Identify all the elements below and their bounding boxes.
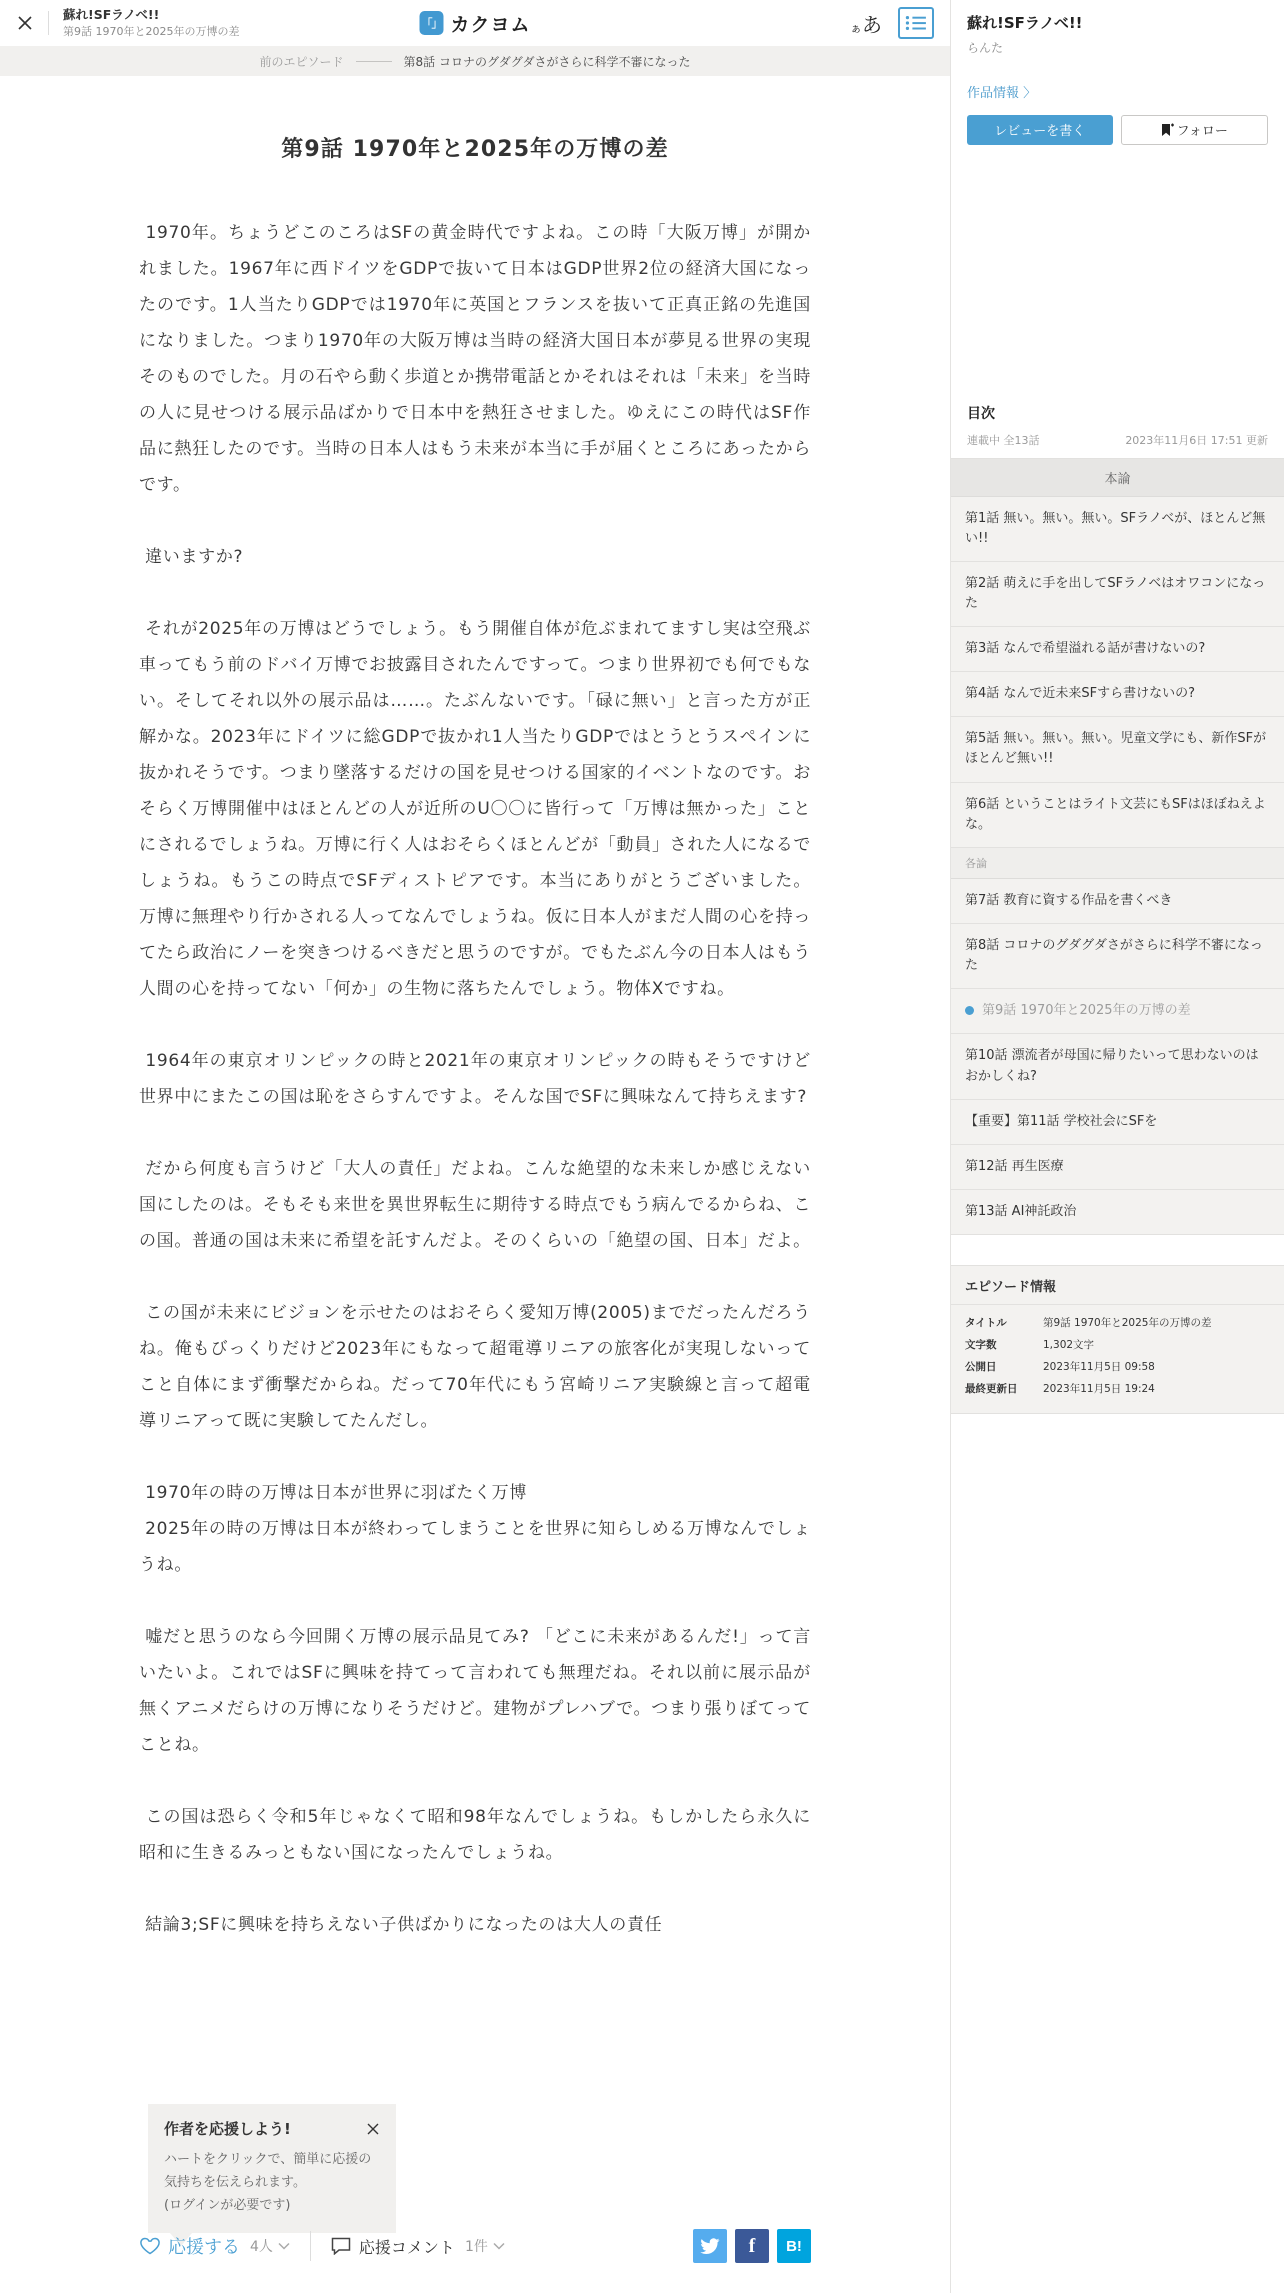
paragraph: 違いますか?	[139, 539, 811, 575]
cheer-comment-label: 応援コメント	[359, 2235, 455, 2258]
paragraph: 結論3;SFに興味を持ちえない子供ばかりになったのは大人の責任	[139, 1907, 811, 1943]
facebook-f-icon: f	[749, 2235, 756, 2258]
list-icon	[904, 14, 928, 32]
episode-info-row: 最終更新日2023年11月5日 19:24	[951, 1379, 1284, 1401]
cheer-label: 応援する	[168, 2233, 240, 2259]
top-header: 蘇れ!SFラノベ!! 第9話 1970年と2025年の万博の差 「」 カクヨム …	[0, 0, 950, 46]
episode-footer-bar: 応援する 4人 応援コメント 1件 f	[139, 2224, 811, 2268]
toc-header: 目次 連載中 全13話 2023年11月6日 17:51 更新	[951, 403, 1284, 448]
toc-item-label: 第4話 なんで近未来SFすら書けないの?	[965, 686, 1195, 701]
cheer-button[interactable]: 応援する	[139, 2233, 240, 2259]
toc-item-label: 第6話 ということはライト文芸にもSFはほぼねえよな。	[965, 797, 1266, 832]
close-button[interactable]	[16, 14, 34, 32]
toc-item-label: 第3話 なんで希望溢れる話が書けないの?	[965, 641, 1205, 656]
episode-info-value: 2023年11月5日 19:24	[1043, 1381, 1270, 1399]
toc-item[interactable]: 第2話 萌えに手を出してSFラノベはオワコンになった	[951, 562, 1284, 627]
reader-page: 蘇れ!SFラノベ!! 第9話 1970年と2025年の万博の差 「」 カクヨム …	[0, 0, 1284, 2293]
close-icon	[16, 14, 34, 32]
toc-item[interactable]: 第3話 なんで希望溢れる話が書けないの?	[951, 627, 1284, 672]
episode-info-rows: タイトル第9話 1970年と2025年の万博の差文字数1,302文字公開日202…	[951, 1313, 1284, 1400]
episode-info-value: 2023年11月5日 09:58	[1043, 1359, 1270, 1377]
support-tooltip: 作者を応援しよう! ハートをクリックで、簡単に応援の気持ちを伝えられます。 (ロ…	[148, 2104, 396, 2233]
kakuyomu-logo[interactable]: 「」 カクヨム	[419, 10, 530, 37]
sidebar-author[interactable]: らんた	[967, 39, 1268, 56]
episode-info-value: 第9話 1970年と2025年の万博の差	[1043, 1315, 1270, 1333]
write-review-button[interactable]: レビューを書く	[967, 115, 1113, 145]
header-work-title: 蘇れ!SFラノベ!!	[63, 7, 239, 22]
toc-list: 本論第1話 無い。無い。無い。SFラノベが、ほとんど無い!!第2話 萌えに手を出…	[951, 458, 1284, 1236]
current-episode-dot	[965, 1006, 974, 1015]
episode-info-panel: エピソード情報 タイトル第9話 1970年と2025年の万博の差文字数1,302…	[951, 1265, 1284, 1413]
toc-item[interactable]: 第4話 なんで近未来SFすら書けないの?	[951, 672, 1284, 717]
episode-info-label: 公開日	[965, 1359, 1043, 1377]
follow-button-label: フォロー	[1177, 120, 1228, 139]
toc-item[interactable]: 第1話 無い。無い。無い。SFラノベが、ほとんど無い!!	[951, 497, 1284, 562]
toc-serial-status: 連載中 全13話	[967, 432, 1040, 448]
episode-info-row: タイトル第9話 1970年と2025年の万博の差	[951, 1313, 1284, 1335]
header-divider	[48, 11, 49, 35]
paragraph: この国は恐らく令和5年じゃなくて昭和98年なんでしょうね。もしかしたら永久に昭和…	[139, 1799, 811, 1871]
toc-item-label: 【重要】第11話 学校社会にSFを	[965, 1114, 1157, 1129]
toc-item-label: 第1話 無い。無い。無い。SFラノベが、ほとんど無い!!	[965, 511, 1265, 546]
sidebar-work-header: 蘇れ!SFラノベ!! らんた 作品情報 〉 レビューを書く フォロー	[951, 0, 1284, 145]
paragraph: だから何度も言うけど「大人の責任」だよね。こんな絶望的な未来しか感じえない国にし…	[139, 1151, 811, 1259]
facebook-share-button[interactable]: f	[735, 2229, 769, 2263]
toc-section-label: 各論	[951, 848, 1284, 879]
toc-item[interactable]: 第8話 コロナのグダグダさがさらに科学不審になった	[951, 924, 1284, 989]
reader-main-pane: 蘇れ!SFラノベ!! 第9話 1970年と2025年の万博の差 「」 カクヨム …	[0, 0, 950, 2293]
toc-item[interactable]: 【重要】第11話 学校社会にSFを	[951, 1100, 1284, 1145]
episode-info-label: 文字数	[965, 1337, 1043, 1355]
toc-item-label: 第8話 コロナのグダグダさがさらに科学不審になった	[965, 938, 1263, 973]
font-small-glyph: ぁ	[850, 19, 862, 36]
paragraph: 1970年の時の万博は日本が世界に羽ばたく万博 2025年の時の万博は日本が終わ…	[139, 1475, 811, 1583]
hatena-bookmark-button[interactable]: B!	[777, 2229, 811, 2263]
toc-item-label: 第12話 再生医療	[965, 1159, 1064, 1174]
toc-item[interactable]: 第7話 教育に資する作品を書くべき	[951, 879, 1284, 924]
episode-info-row: 公開日2023年11月5日 09:58	[951, 1357, 1284, 1379]
support-tooltip-title: 作者を応援しよう!	[164, 2118, 291, 2139]
share-buttons: f B!	[693, 2229, 811, 2263]
episode-info-row: 文字数1,302文字	[951, 1335, 1284, 1357]
chevron-down-icon[interactable]	[493, 2242, 505, 2250]
paragraph: それが2025年の万博はどうでしょう。もう開催自体が危ぶまれてますし実は空飛ぶ車…	[139, 611, 811, 1007]
tooltip-close-button[interactable]	[366, 2122, 380, 2136]
toc-item[interactable]: 第5話 無い。無い。無い。児童文学にも、新作SFがほとんど無い!!	[951, 717, 1284, 782]
follow-button[interactable]: フォロー	[1121, 115, 1269, 145]
toc-item-label: 第13話 AI神託政治	[965, 1204, 1076, 1219]
close-icon	[366, 2122, 380, 2136]
episode-info-label: 最終更新日	[965, 1381, 1043, 1399]
toc-item-label: 第5話 無い。無い。無い。児童文学にも、新作SFがほとんど無い!!	[965, 731, 1266, 766]
toc-item[interactable]: 第12話 再生医療	[951, 1145, 1284, 1190]
kakuyomu-logo-text: カクヨム	[450, 10, 530, 37]
heart-icon	[139, 2236, 161, 2256]
toc-toggle-button[interactable]	[898, 7, 934, 39]
header-episode-subtitle: 第9話 1970年と2025年の万博の差	[63, 25, 239, 38]
toc-section-label: 本論	[951, 459, 1284, 497]
work-info-link[interactable]: 作品情報 〉	[967, 82, 1036, 101]
toc-item-label: 第9話 1970年と2025年の万博の差	[982, 1001, 1191, 1021]
work-sidebar: 蘇れ!SFラノベ!! らんた 作品情報 〉 レビューを書く フォロー 目次 連載…	[950, 0, 1284, 2293]
comment-bubble-icon	[331, 2237, 351, 2255]
toc-item-label: 第2話 萌えに手を出してSFラノベはオワコンになった	[965, 576, 1265, 611]
prev-episode-title: 第8話 コロナのグダグダさがさらに科学不審になった	[404, 53, 691, 70]
cheer-count[interactable]: 4人	[250, 2236, 273, 2256]
prev-episode-separator	[356, 61, 392, 62]
twitter-share-button[interactable]	[693, 2229, 727, 2263]
episode-body: 1970年。ちょうどこのころはSFの黄金時代ですよね。この時「大阪万博」が開かれ…	[139, 215, 811, 1943]
sidebar-work-title[interactable]: 蘇れ!SFラノベ!!	[967, 14, 1268, 34]
paragraph: 嘘だと思うのなら今回開く万博の展示品見てみ? 「どこに未来があるんだ!」って言い…	[139, 1619, 811, 1763]
episode-info-heading: エピソード情報	[951, 1266, 1284, 1305]
prev-episode-bar[interactable]: 前のエピソード 第8話 コロナのグダグダさがさらに科学不審になった	[0, 46, 950, 76]
cheer-comment-count[interactable]: 1件	[465, 2236, 488, 2256]
paragraph: 1964年の東京オリンピックの時と2021年の東京オリンピックの時もそうですけど…	[139, 1043, 811, 1115]
chevron-down-icon[interactable]	[278, 2242, 290, 2250]
episode-title: 第9話 1970年と2025年の万博の差	[0, 132, 950, 163]
paragraph: 1970年。ちょうどこのころはSFの黄金時代ですよね。この時「大阪万博」が開かれ…	[139, 215, 811, 503]
toc-item[interactable]: 第6話 ということはライト文芸にもSFはほぼねえよな。	[951, 783, 1284, 848]
paragraph: この国が未来にビジョンを示せたのはおそらく愛知万博(2005)までだったんだろう…	[139, 1295, 811, 1439]
toc-item[interactable]: 第13話 AI神託政治	[951, 1190, 1284, 1235]
bookmark-plus-icon	[1161, 123, 1174, 137]
prev-episode-label: 前のエピソード	[260, 53, 344, 70]
header-title-block: 蘇れ!SFラノベ!! 第9話 1970年と2025年の万博の差	[63, 7, 239, 38]
twitter-bird-icon	[700, 2238, 720, 2255]
toc-item-label: 第7話 教育に資する作品を書くべき	[965, 893, 1172, 908]
toc-item-current[interactable]: 第9話 1970年と2025年の万博の差	[951, 989, 1284, 1034]
toc-updated-date: 2023年11月6日 17:51 更新	[1125, 432, 1268, 448]
support-tooltip-body: ハートをクリックで、簡単に応援の気持ちを伝えられます。 (ログインが必要です)	[164, 2149, 380, 2217]
font-size-button[interactable]: ぁ あ	[850, 9, 882, 38]
footer-divider	[310, 2231, 311, 2261]
episode-info-label: タイトル	[965, 1315, 1043, 1333]
sidebar-spacer	[951, 145, 1284, 403]
episode-info-value: 1,302文字	[1043, 1337, 1270, 1355]
kakuyomu-logo-icon: 「」	[419, 11, 443, 35]
cheer-comment-button[interactable]: 応援コメント	[331, 2235, 455, 2258]
toc-heading: 目次	[967, 403, 1268, 423]
toc-item-label: 第10話 漂流者が母国に帰りたいって思わないのはおかしくね?	[965, 1048, 1259, 1083]
font-large-glyph: あ	[862, 9, 882, 38]
hatena-b-icon: B!	[786, 2238, 802, 2255]
toc-item[interactable]: 第10話 漂流者が母国に帰りたいって思わないのはおかしくね?	[951, 1034, 1284, 1099]
